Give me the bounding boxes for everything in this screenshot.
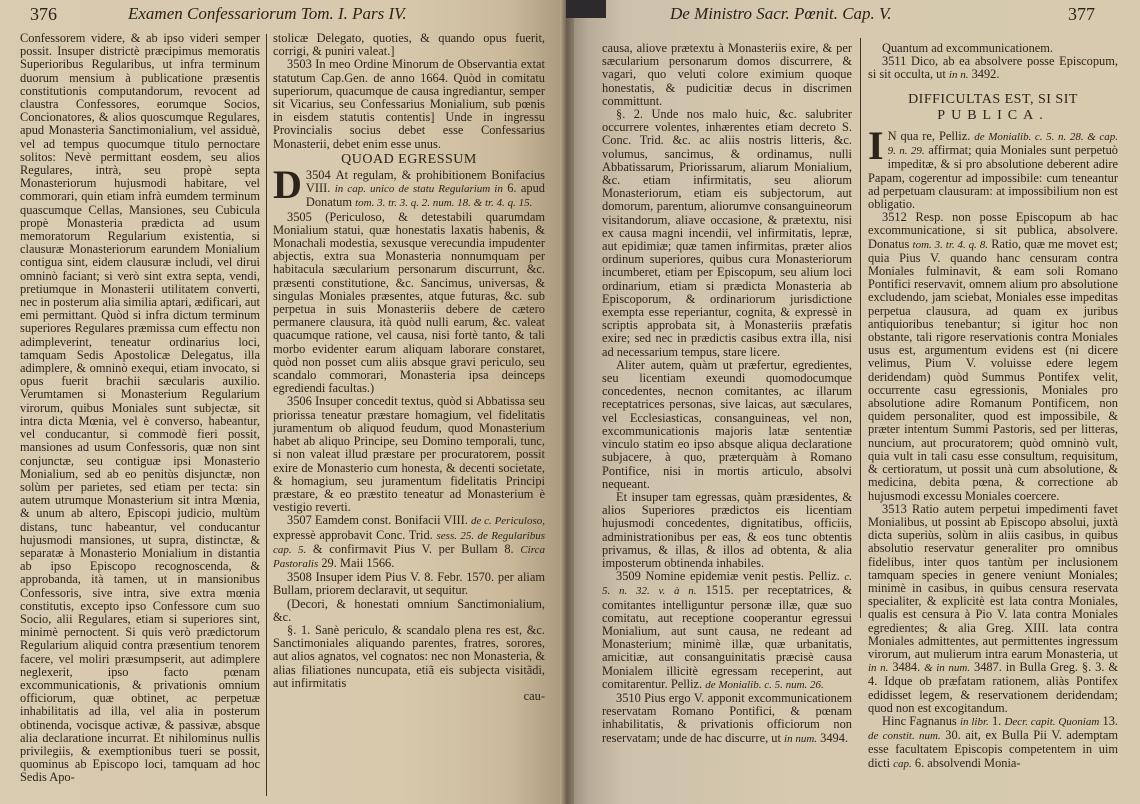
paragraph-in-qua-re: I N qua re, Pelliz. de Monialib. c. 5. n… [868,130,1118,211]
paragraph-hinc: Hinc Fagnanus in libr. 1. Decr. capit. Q… [868,715,1118,771]
right-column-1: causa, aliove prætextu à Monasteriis exi… [602,42,852,746]
text: 3484. [892,660,920,674]
citation: tom. 3. tr. 3. q. 2. num. 18. & tr. 4. q… [355,197,532,209]
text: 1. [992,714,1001,728]
citation: in num. [784,733,817,745]
text: & confirmavit Pius V. per Bullam 8. [313,542,514,556]
citation: in libr. [960,716,989,728]
paragraph: Confessorem videre, & ab ipso videri sem… [20,32,260,785]
paragraph-3511: 3511 Dico, ab ea absolvere posse Episcop… [868,55,1118,82]
paragraph-3509: 3509 Nomine epidemiæ venit pestis. Pelli… [602,570,852,692]
text: 29. Maii 1566. [321,556,394,570]
paragraph-3512: 3512 Resp. non posse Episcopum ab hac ex… [868,211,1118,502]
section-heading: QUOAD EGRESSUM [273,153,545,166]
text: 13. [1103,714,1119,728]
text: Ratio, quæ me movet est; quia Pius V. qu… [868,237,1118,503]
left-column-1: Confessorem videre, & ab ipso videri sem… [20,32,260,785]
paragraph-3504: 3504 D At regulam, & prohibitionem Bonif… [273,169,545,211]
paragraph: stolicæ Delegato, quoties, & quando opus… [273,32,545,58]
text: 3513 Ratio autem perpetui impedimenti fa… [868,502,1118,661]
paragraph-3510: 3510 Pius ergo V. apponit excommunicatio… [602,692,852,746]
paragraph-decori: (Decori, & honestati omnium Sanctimonial… [273,598,545,624]
section-heading-line-1: DIFFICULTAS EST, SI SIT [868,93,1118,106]
book-spread: 376 Examen Confessariorum Tom. I. Pars I… [0,0,1140,804]
citation: de c. Periculoso, [471,515,545,527]
citation: tom. 3. tr. 4. q. 8. [913,239,988,251]
text: expressè approbavit Conc. Trid. [273,528,433,542]
paragraph-aliter: Aliter autem, quàm ut præfertur, egredie… [602,359,852,491]
paragraph: causa, aliove prætextu à Monasteriis exi… [602,42,852,108]
text: 3492. [972,67,1000,81]
citation: Decr. capit. Quoniam [1004,716,1099,728]
text: 3507 Eamdem const. Bonifacii VIII. [287,513,468,527]
citation: in cap. unico de statu Regularium in [335,183,503,195]
citation: in n. [868,662,888,674]
left-column-2: stolicæ Delegato, quoties, & quando opus… [273,32,545,703]
section-heading-line-2: PUBLICA. [868,109,1118,122]
drop-cap: I [868,130,884,162]
citation: de constit. num. [868,730,941,742]
paragraph-section-2: §. 2. Unde nos malo huic, &c. salubriter… [602,108,852,359]
text: N qua re, Pelliz. [888,129,971,143]
text: 3494. [820,731,848,745]
citation: in n. [949,69,969,81]
right-page-number: 377 [1068,4,1095,25]
citation: de Monialib. c. 5. num. 26. [705,679,824,691]
left-running-head: Examen Confessariorum Tom. I. Pars IV. [128,4,407,28]
paragraph-3503: 3503 In meo Ordine Minorum de Observanti… [273,58,545,150]
citation: & in num. [924,662,970,674]
left-page-number: 376 [30,4,57,25]
paragraph-3508: 3508 Insuper idem Pius V. 8. Febr. 1570.… [273,571,545,597]
column-rule [860,38,861,618]
right-column-2: Quantum ad excommunicationem. 3511 Dico,… [868,42,1118,771]
left-page: 376 Examen Confessariorum Tom. I. Pars I… [0,0,566,804]
paragraph-et-insuper: Et insuper tam egressas, quàm præsidente… [602,491,852,570]
background-gap [566,0,606,18]
text: Hinc Fagnanus [882,714,957,728]
paragraph-section-1: §. 1. Sanè periculo, & scandalo plena re… [273,624,545,690]
paragraph-3507: 3507 Eamdem const. Bonifacii VIII. de c.… [273,514,545,571]
citation: cap. [893,758,912,770]
paragraph-3505: 3505 (Periculoso, & detestabili quarumda… [273,211,545,396]
text: 1515. per receptatrices, & comitantes in… [602,583,852,690]
text: 3509 Nomine epidemiæ venit pestis. Pelli… [616,569,840,583]
book-gutter [560,0,574,804]
column-rule [266,34,267,796]
catchword: cau- [273,690,545,703]
text: 6. absolvendi Monia- [915,756,1021,770]
drop-cap: D [273,169,302,201]
paragraph-3506: 3506 Insuper concedit textus, quòd si Ab… [273,395,545,514]
paragraph-number: 3504 [306,168,331,182]
paragraph-3513: 3513 Ratio autem perpetui impedimenti fa… [868,503,1118,715]
right-running-head: De Ministro Sacr. Pœnit. Cap. V. [670,4,891,28]
right-page: De Ministro Sacr. Pœnit. Cap. V. 377 cau… [566,0,1140,804]
